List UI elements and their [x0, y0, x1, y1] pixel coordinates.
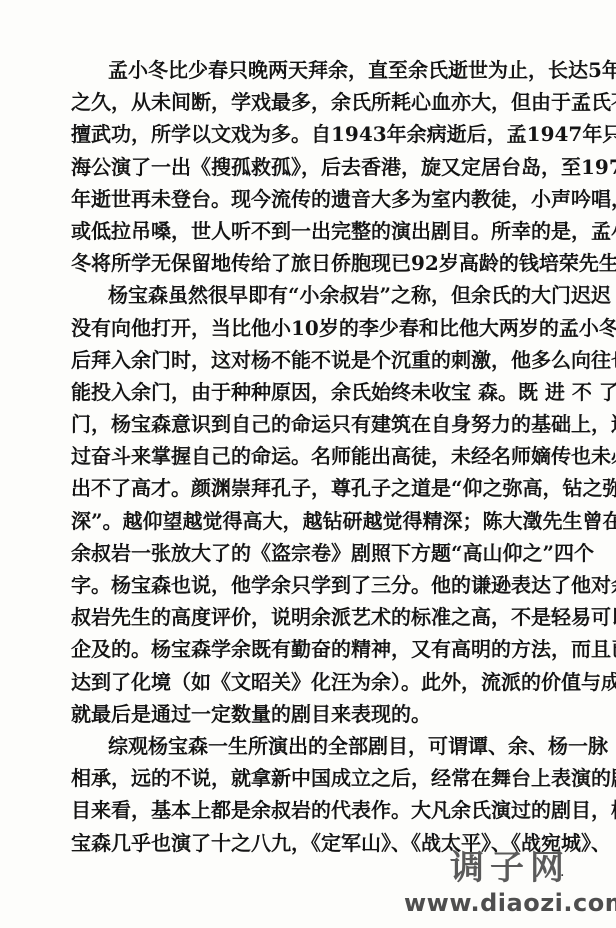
- text-line: 字。杨宝森也说，他学余只学到了三分。他的谦逊表达了他对余: [71, 569, 567, 601]
- text-line: 门，杨宝森意识到自己的命运只有建筑在自身努力的基础上，通: [71, 408, 567, 440]
- text-line: 能投入余门，由于种种原因，余氏始终未收宝 森。既 进 不 了余: [71, 376, 567, 408]
- text-line: 海公演了一出《搜孤救孤》，后去香港，旋又定居台岛，至1977: [71, 151, 567, 183]
- text-line: 之久，从未间断，学戏最多，余氏所耗心血亦大，但由于孟氏不: [71, 86, 567, 118]
- text-line: 达到了化境（如《文昭关》化汪为余）。此外，流派的价值与成: [71, 666, 567, 698]
- body-text: 孟小冬比少春只晚两天拜余，直至余氏逝世为止，长达5年 之久，从未间断，学戏最多，…: [71, 54, 567, 859]
- text-line: 孟小冬比少春只晚两天拜余，直至余氏逝世为止，长达5年: [71, 54, 567, 86]
- text-line: 年逝世再未登台。现今流传的遗音大多为室内教徒，小声吟唱，: [71, 183, 567, 215]
- text-line: 过奋斗来掌握自己的命运。名师能出高徒，未经名师嫡传也未必: [71, 440, 567, 472]
- text-line: 杨宝森虽然很早即有“小余叔岩”之称，但余氏的大门迟迟: [71, 279, 567, 311]
- watermark-title: 调子网: [404, 848, 616, 888]
- text-line: 深”。越仰望越觉得高大，越钻研越觉得精深；陈大澂先生曾在: [71, 505, 567, 537]
- watermark-url: www.diaozi.com: [404, 888, 616, 918]
- text-line: 出不了高才。颜渊崇拜孔子，尊孔子之道是“仰之弥高，钻之弥: [71, 472, 567, 504]
- text-line: 冬将所学无保留地传给了旅日侨胞现已92岁高龄的钱培荣先生。: [71, 247, 567, 279]
- scanned-page: 孟小冬比少春只晚两天拜余，直至余氏逝世为止，长达5年 之久，从未间断，学戏最多，…: [0, 0, 616, 928]
- text-line: 相承，远的不说，就拿新中国成立之后，经常在舞台上表演的剧: [71, 762, 567, 794]
- text-line: 或低拉吊嗓，世人听不到一出完整的演出剧目。所幸的是，孟小: [71, 215, 567, 247]
- text-line: 目来看，基本上都是余叔岩的代表作。大凡余氏演过的剧目，杨: [71, 794, 567, 826]
- text-line: 就最后是通过一定数量的剧目来表现的。: [71, 698, 567, 730]
- text-line: 后拜入余门时，这对杨不能不说是个沉重的刺激，他多么向往也: [71, 344, 567, 376]
- text-line: 没有向他打开，当比他小10岁的李少春和比他大两岁的孟小冬先: [71, 312, 567, 344]
- text-line: 叔岩先生的高度评价，说明余派艺术的标准之高，不是轻易可以: [71, 601, 567, 633]
- text-line: 企及的。杨宝森学余既有勤奋的精神，又有高明的方法，而且已: [71, 633, 567, 665]
- watermark: 调子网 www.diaozi.com: [404, 848, 616, 918]
- text-line: 擅武功，所学以文戏为多。自1943年余病逝后，孟1947年只在上: [71, 118, 567, 150]
- text-line: 综观杨宝森一生所演出的全部剧目，可谓谭、余、杨一脉: [71, 730, 567, 762]
- text-line: 余叔岩一张放大了的《盗宗卷》剧照下方题“高山仰之”四个: [71, 537, 567, 569]
